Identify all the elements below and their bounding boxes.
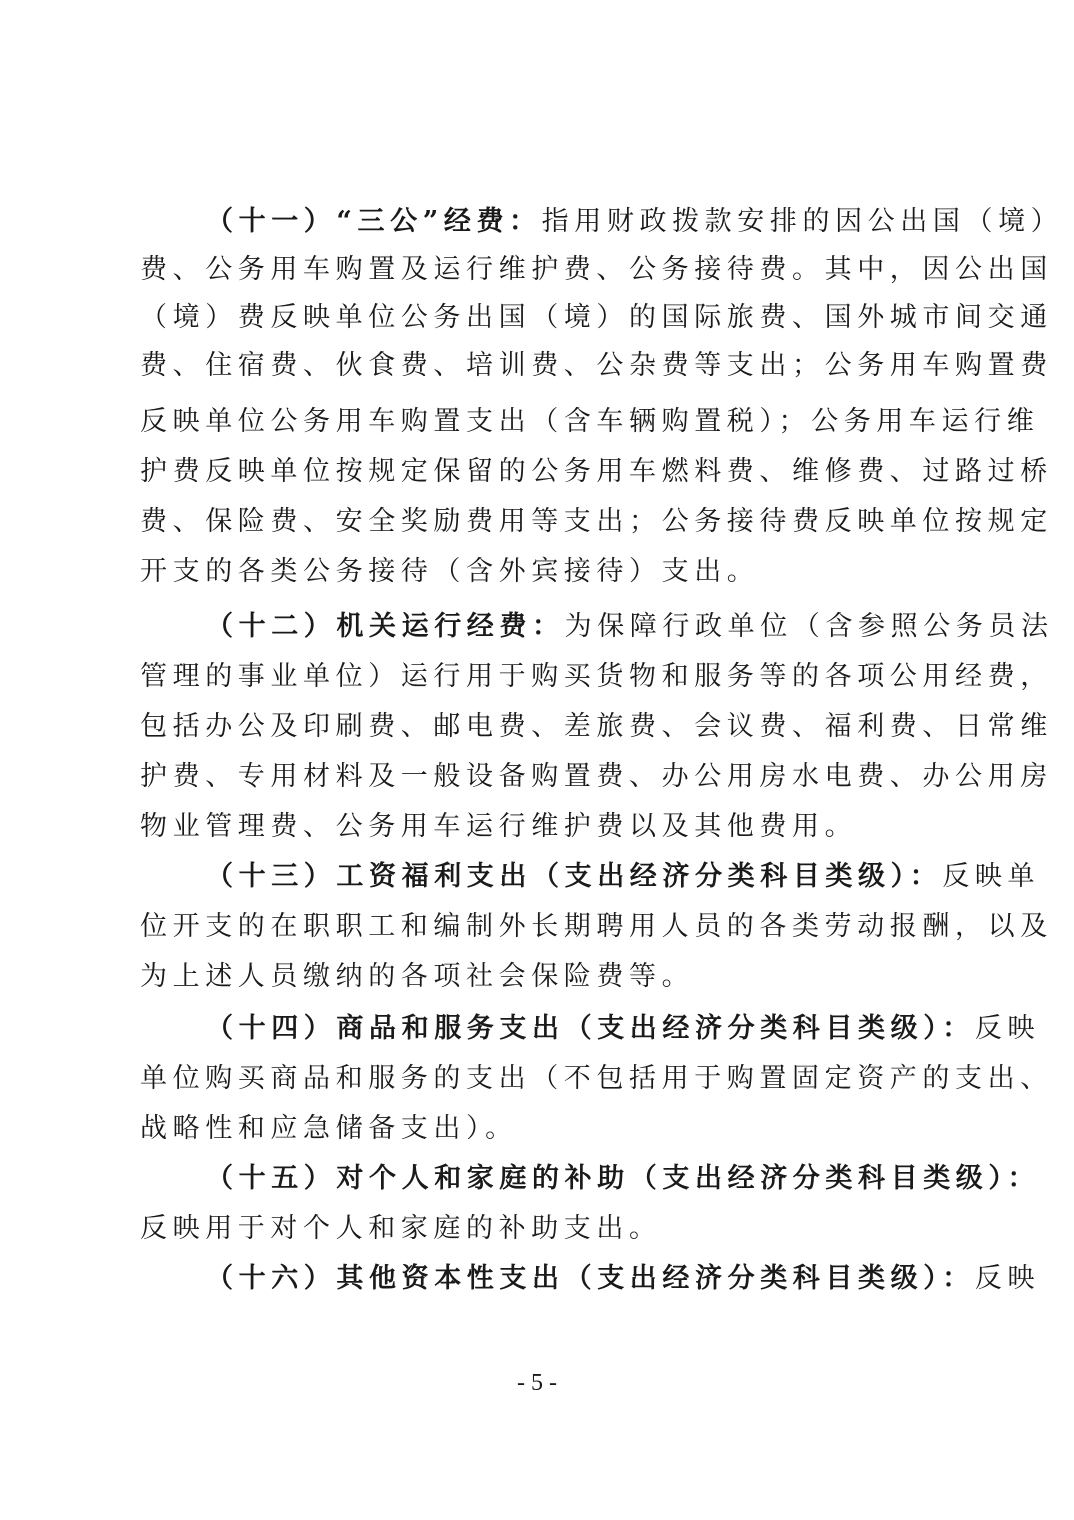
paragraph-16-term: （十六）其他资本性支出（支出经济分类科目类级）： (206, 1263, 975, 1294)
paragraph-11-line-3: （境）费反映单位公务出国（境）的国际旅费、国外城市间交通 (140, 294, 940, 342)
paragraph-14-line-1: （十四）商品和服务支出（支出经济分类科目类级）：反映 (206, 1005, 940, 1053)
paragraph-15-line-2: 反映用于对个人和家庭的补助支出。 (140, 1205, 940, 1253)
page-number: - 5 - (0, 1370, 1074, 1397)
paragraph-11-line-4: 费、住宿费、伙食费、培训费、公杂费等支出；公务用车购置费 (140, 342, 940, 390)
paragraph-14-line-3: 战略性和应急储备支出）。 (140, 1105, 940, 1153)
paragraph-11-line-7: 费、保险费、安全奖励费用等支出；公务接待费反映单位按规定 (140, 498, 940, 546)
paragraph-13-line-3: 为上述人员缴纳的各项社会保险费等。 (140, 953, 940, 1001)
paragraph-12-line-1: （十二）机关运行经费：为保障行政单位（含参照公务员法 (206, 603, 940, 651)
paragraph-12-term: （十二）机关运行经费： (206, 611, 565, 642)
paragraph-12-line-5: 物业管理费、公务用车运行维护费以及其他费用。 (140, 803, 940, 851)
paragraph-13-term: （十三）工资福利支出（支出经济分类科目类级）： (206, 861, 942, 892)
paragraph-11-line-2: 费、公务用车购置及运行维护费、公务接待费。其中，因公出国 (140, 246, 940, 294)
paragraph-11-term: （十一）“三公”经费： (206, 206, 542, 237)
paragraph-15-term: （十五）对个人和家庭的补助（支出经济分类科目类级）： (206, 1163, 1040, 1194)
paragraph-11-line-5: 反映单位公务用车购置支出（含车辆购置税）；公务用车运行维 (140, 398, 940, 446)
paragraph-11-line-6: 护费反映单位按规定保留的公务用车燃料费、维修费、过路过桥 (140, 448, 940, 496)
paragraph-13-line-2: 位开支的在职职工和编制外长期聘用人员的各类劳动报酬，以及 (140, 903, 940, 951)
paragraph-14-line-2: 单位购买商品和服务的支出（不包括用于购置固定资产的支出、 (140, 1055, 940, 1103)
paragraph-16-line-1: （十六）其他资本性支出（支出经济分类科目类级）：反映 (206, 1255, 940, 1303)
paragraph-12-line-3: 包括办公及印刷费、邮电费、差旅费、会议费、福利费、日常维 (140, 703, 940, 751)
paragraph-12-line-4: 护费、专用材料及一般设备购置费、办公用房水电费、办公用房 (140, 753, 940, 801)
paragraph-13-line-1: （十三）工资福利支出（支出经济分类科目类级）：反映单 (206, 853, 940, 901)
paragraph-11-line-1: （十一）“三公”经费：指用财政拨款安排的因公出国（境） (206, 198, 940, 246)
paragraph-14-term: （十四）商品和服务支出（支出经济分类科目类级）： (206, 1013, 975, 1044)
document-page: （十一）“三公”经费：指用财政拨款安排的因公出国（境） 费、公务用车购置及运行维… (0, 0, 1074, 1520)
paragraph-12-line-2: 管理的事业单位）运行用于购买货物和服务等的各项公用经费， (140, 653, 940, 701)
paragraph-15-line-1: （十五）对个人和家庭的补助（支出经济分类科目类级）： (206, 1155, 940, 1203)
paragraph-11-line-8: 开支的各类公务接待（含外宾接待）支出。 (140, 548, 940, 596)
